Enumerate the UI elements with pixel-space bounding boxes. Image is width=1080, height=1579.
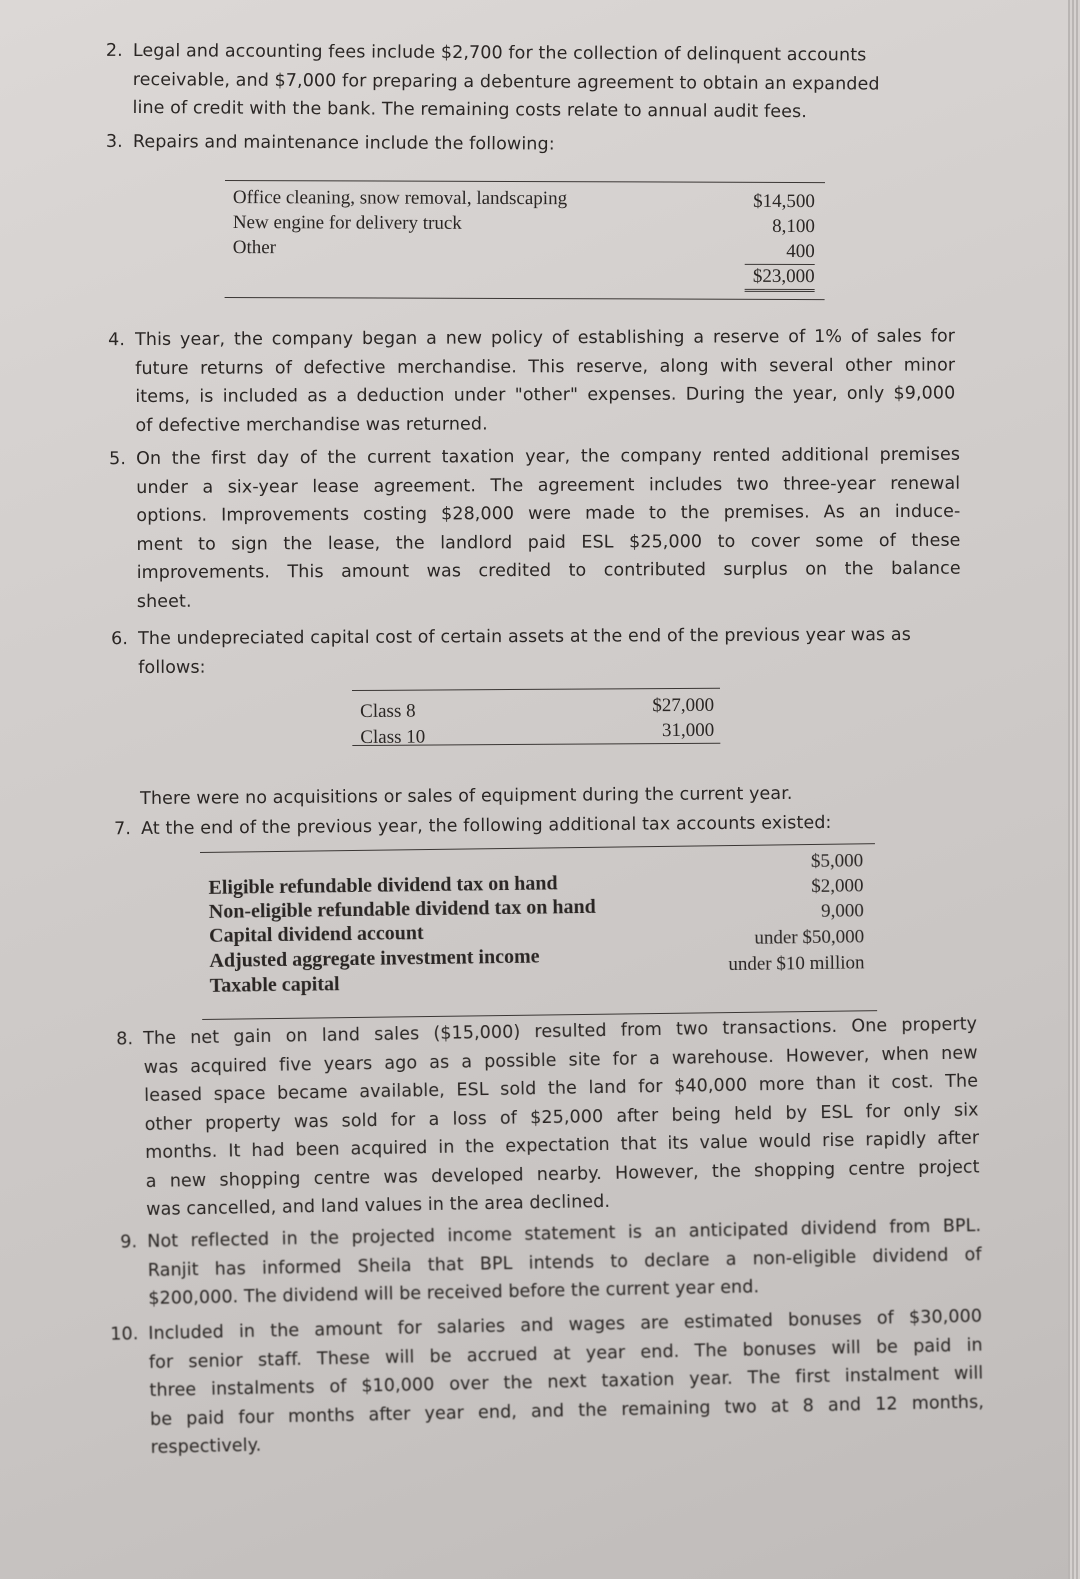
table-row-value: $2,000	[811, 874, 864, 899]
ucc-table: Class 8 Class 10 $27,000 31,000	[352, 688, 720, 746]
note-2: 2. Legal and accounting fees include $2,…	[132, 37, 953, 128]
table-row-label: Taxable capital	[210, 972, 340, 998]
note-line: line of credit with the bank. The remain…	[132, 94, 952, 128]
note-line: This year, the company began a new polic…	[135, 322, 955, 354]
note-line: Legal and accounting fees include $2,700…	[133, 37, 953, 71]
note-5: 5. On the first day of the current taxat…	[136, 441, 961, 616]
table-row-label: Other	[233, 235, 276, 260]
table-row-value: 31,000	[662, 718, 714, 743]
table-row-label: Adjusted aggregate investment income	[209, 945, 539, 973]
note-3: 3. Repairs and maintenance include the f…	[133, 128, 953, 162]
table-rule	[352, 688, 720, 691]
repairs-table: Office cleaning, snow removal, landscapi…	[225, 180, 825, 300]
note-line: follows:	[138, 649, 964, 682]
note-8: 8. The net gain on land sales ($15,000) …	[143, 1010, 980, 1224]
note-9: 9. Not reflected in the projected income…	[147, 1212, 982, 1313]
note-6-followup: There were no acquisitions or sales of e…	[140, 779, 860, 813]
table-row-label: New engine for delivery truck	[233, 210, 462, 236]
note-line: sheet.	[137, 583, 961, 616]
table-row-value: $5,000	[811, 849, 864, 874]
note-line: Repairs and maintenance include the foll…	[133, 128, 953, 162]
note-line: At the end of the previous year, the fol…	[141, 808, 891, 843]
note-6: 6. The undepreciated capital cost of cer…	[138, 621, 964, 682]
table-row-label: Class 10	[360, 725, 425, 750]
note-line: future returns of defective merchandise.…	[135, 351, 955, 383]
note-10: 10. Included in the amount for salaries …	[148, 1303, 985, 1463]
table-row-value: $14,500	[753, 189, 815, 214]
table-row-value: under $10 million	[728, 951, 864, 977]
table-row-label: Class 8	[360, 699, 416, 724]
table-row-value: 8,100	[772, 214, 815, 239]
table-row-value: 9,000	[821, 899, 864, 924]
note-number: 8.	[116, 1025, 133, 1054]
note-7: 7. At the end of the previous year, the …	[141, 808, 891, 843]
table-rule	[225, 297, 825, 300]
note-number: 2.	[106, 37, 123, 66]
table-total: $23,000	[745, 264, 815, 292]
note-line: options. Improvements costing $28,000 we…	[136, 498, 960, 531]
note-number: 7.	[114, 815, 131, 844]
tax-accounts-table: Eligible refundable dividend tax on hand…	[200, 843, 877, 1020]
note-line: On the first day of the current taxation…	[136, 441, 960, 474]
table-row-value: $27,000	[652, 693, 714, 718]
table-row-label: Non-eligible refundable dividend tax on …	[209, 895, 596, 924]
note-line: ment to sign the lease, the landlord pai…	[136, 526, 960, 559]
note-number: 6.	[111, 625, 128, 654]
note-number: 3.	[106, 128, 123, 157]
table-row-label: Capital dividend account	[209, 921, 424, 948]
note-line: items, is included as a deduction under …	[135, 379, 955, 411]
table-row-value: 400	[745, 239, 815, 265]
note-line: under a six-year lease agreement. The ag…	[136, 469, 960, 502]
note-number: 10.	[110, 1320, 139, 1349]
table-row-label: Office cleaning, snow removal, landscapi…	[233, 185, 567, 211]
note-number: 9.	[120, 1228, 137, 1257]
note-number: 5.	[109, 445, 126, 474]
note-number: 4.	[108, 326, 125, 355]
table-rule	[200, 843, 875, 853]
note-line: of defective merchandise was returned.	[135, 408, 955, 440]
table-row-value: under $50,000	[754, 925, 864, 950]
note-line: There were no acquisitions or sales of e…	[140, 779, 860, 813]
note-line: improvements. This amount was credited t…	[137, 555, 961, 588]
table-rule	[225, 180, 825, 183]
textbook-page: 2. Legal and accounting fees include $2,…	[0, 0, 1080, 1579]
note-4: 4. This year, the company began a new po…	[135, 322, 955, 440]
note-line: The undepreciated capital cost of certai…	[138, 621, 964, 654]
